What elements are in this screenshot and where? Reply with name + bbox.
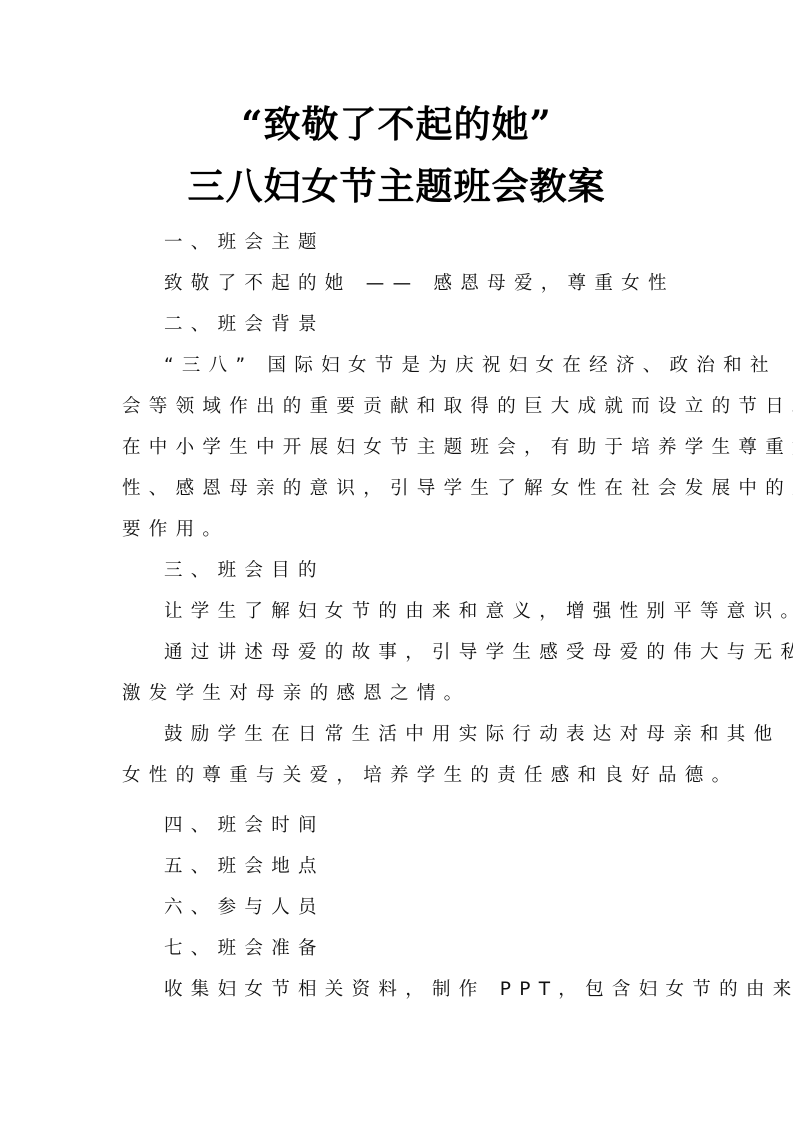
paragraph-line: “三八” 国际妇女节是为庆祝妇女在经济、政治和社	[164, 353, 724, 379]
paragraph-line: 七、班会准备	[164, 936, 724, 962]
paragraph-line: 激发学生对母亲的感恩之情。	[122, 681, 682, 707]
paragraph-line: 四、班会时间	[164, 813, 724, 839]
paragraph-line: 二、班会背景	[164, 312, 724, 338]
document-page: “致敬了不起的她” 三八妇女节主题班会教案 一、班会主题致敬了不起的她 —— 感…	[0, 0, 793, 1122]
paragraph-line: 让学生了解妇女节的由来和意义，增强性别平等意识。	[164, 599, 724, 625]
paragraph-line: 通过讲述母爱的故事，引导学生感受母爱的伟大与无私，	[164, 640, 724, 666]
paragraph-line: 要作用。	[122, 517, 682, 543]
paragraph-line: 收集妇女节相关资料，制作 PPT，包含妇女节的由来、	[164, 977, 724, 1003]
document-subtitle: 三八妇女节主题班会教案	[0, 164, 793, 208]
paragraph-line: 三、班会目的	[164, 558, 724, 584]
paragraph-line: 五、班会地点	[164, 854, 724, 880]
document-title: “致敬了不起的她”	[0, 102, 793, 146]
paragraph-line: 致敬了不起的她 —— 感恩母爱，尊重女性	[164, 271, 724, 297]
paragraph-line: 会等领域作出的重要贡献和取得的巨大成就而设立的节日。	[122, 394, 682, 420]
paragraph-line: 六、参与人员	[164, 895, 724, 921]
paragraph-line: 性、感恩母亲的意识，引导学生了解女性在社会发展中的重	[122, 476, 682, 502]
paragraph-line: 女性的尊重与关爱，培养学生的责任感和良好品德。	[122, 763, 682, 789]
paragraph-line: 一、班会主题	[164, 230, 724, 256]
paragraph-line: 在中小学生中开展妇女节主题班会，有助于培养学生尊重女	[122, 435, 682, 461]
paragraph-line: 鼓励学生在日常生活中用实际行动表达对母亲和其他	[164, 722, 724, 748]
